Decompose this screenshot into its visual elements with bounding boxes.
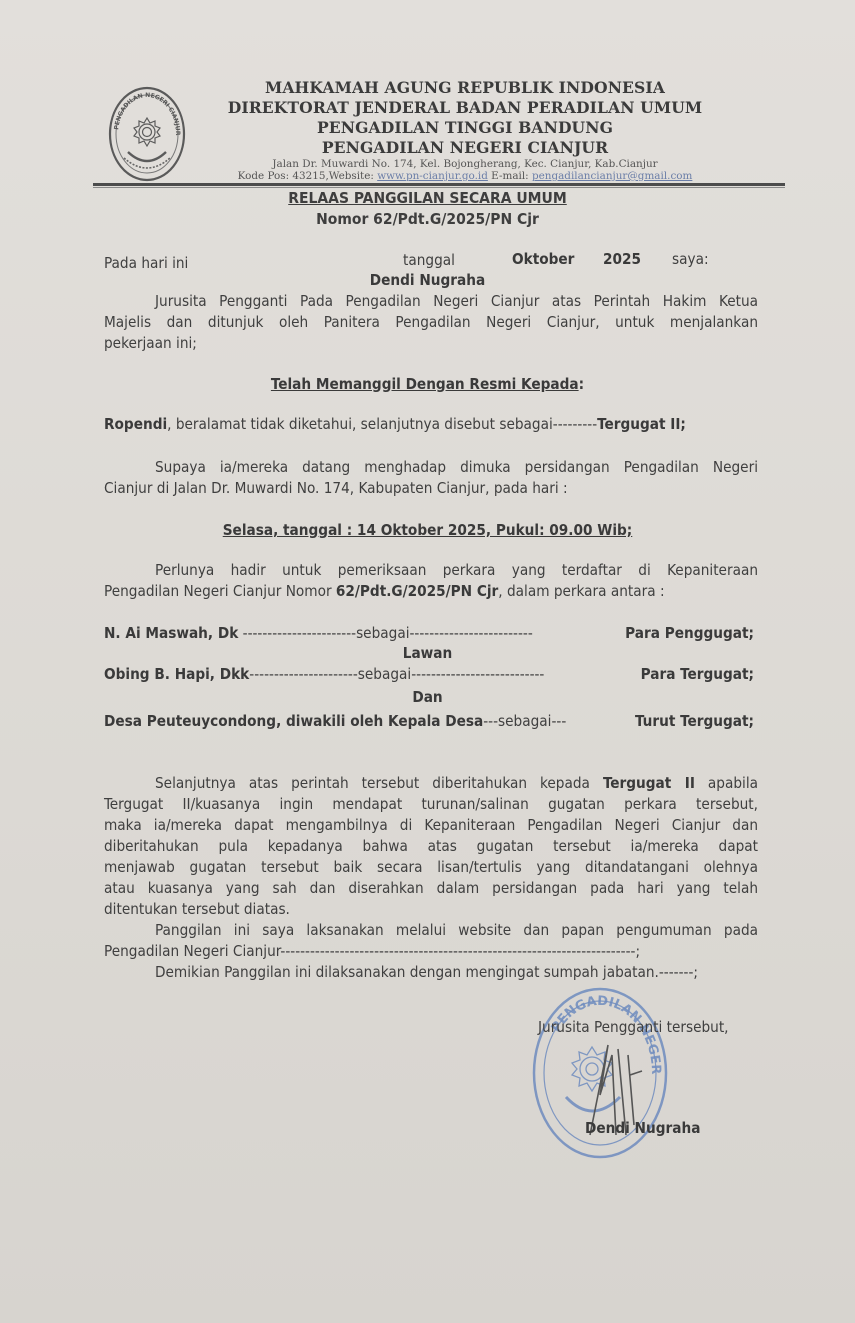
letterhead-line-2: DIREKTORAT JENDERAL BADAN PERADILAN UMUM [200, 98, 730, 118]
lawan-connector: Lawan [0, 643, 855, 664]
document-page: PENGADILAN NEGERI CIANJUR MAHKAMAH AGUNG… [0, 0, 855, 1323]
court-logo-icon: PENGADILAN NEGERI CIANJUR [108, 86, 186, 182]
website-link[interactable]: www.pn-cianjur.go.id [377, 170, 488, 182]
dan-connector: Dan [0, 687, 855, 708]
month: Oktober [512, 249, 574, 270]
letterhead-divider-thin [93, 187, 785, 188]
summons-heading: Telah Memanggil Dengan Resmi Kepada: [0, 374, 855, 395]
document-number: Nomor 62/Pdt.G/2025/PN Cjr [0, 210, 855, 228]
opening-paragraph: Jurusita Pengganti Pada Pengadilan Neger… [104, 291, 758, 354]
letterhead: MAHKAMAH AGUNG REPUBLIK INDONESIA DIREKT… [200, 78, 730, 182]
hearing-schedule: Selasa, tanggal : 14 Oktober 2025, Pukul… [0, 520, 855, 541]
letterhead-address: Jalan Dr. Muwardi No. 174, Kel. Bojonghe… [200, 158, 730, 170]
party-row-penggugat: N. Ai Maswah, Dk -----------------------… [104, 623, 754, 644]
document-title: RELAAS PANGGILAN SECARA UMUM [0, 189, 855, 207]
party-row-tergugat: Obing B. Hapi, Dkk----------------------… [104, 664, 754, 685]
signature-title: Jurusita Pengganti tersebut, [538, 1017, 729, 1038]
saya-label: saya: [672, 249, 709, 270]
notice-paragraph: Selanjutnya atas perintah tersebut diber… [104, 773, 758, 983]
year: 2025 [603, 249, 641, 270]
letterhead-line-3: PENGADILAN TINGGI BANDUNG [200, 118, 730, 138]
email-label: E-mail: [488, 170, 532, 182]
officer-name: Dendi Nugraha [0, 270, 855, 291]
tanggal-label: tanggal [403, 250, 455, 271]
perlunya-paragraph: Perlunya hadir untuk pemeriksaan perkara… [104, 560, 758, 602]
recipient-line: Ropendi, beralamat tidak diketahui, sela… [104, 414, 686, 435]
email-link[interactable]: pengadilancianjur@gmail.com [532, 170, 692, 182]
party-row-turut-tergugat: Desa Peuteuycondong, diwakili oleh Kepal… [104, 711, 754, 732]
supaya-paragraph: Supaya ia/mereka datang menghadap dimuka… [104, 457, 758, 499]
case-number: 62/Pdt.G/2025/PN Cjr [336, 582, 498, 600]
letterhead-line-1: MAHKAMAH AGUNG REPUBLIK INDONESIA [200, 78, 730, 98]
recipient-role: Tergugat II; [597, 415, 686, 433]
letterhead-divider [93, 183, 785, 186]
recipient-name: Ropendi [104, 415, 167, 433]
signature-name: Dendi Nugraha [585, 1118, 700, 1139]
contact-prefix: Kode Pos: 43215,Website: [238, 170, 378, 182]
letterhead-line-4: PENGADILAN NEGERI CIANJUR [200, 138, 730, 158]
letterhead-contact: Kode Pos: 43215,Website: www.pn-cianjur.… [200, 170, 730, 182]
